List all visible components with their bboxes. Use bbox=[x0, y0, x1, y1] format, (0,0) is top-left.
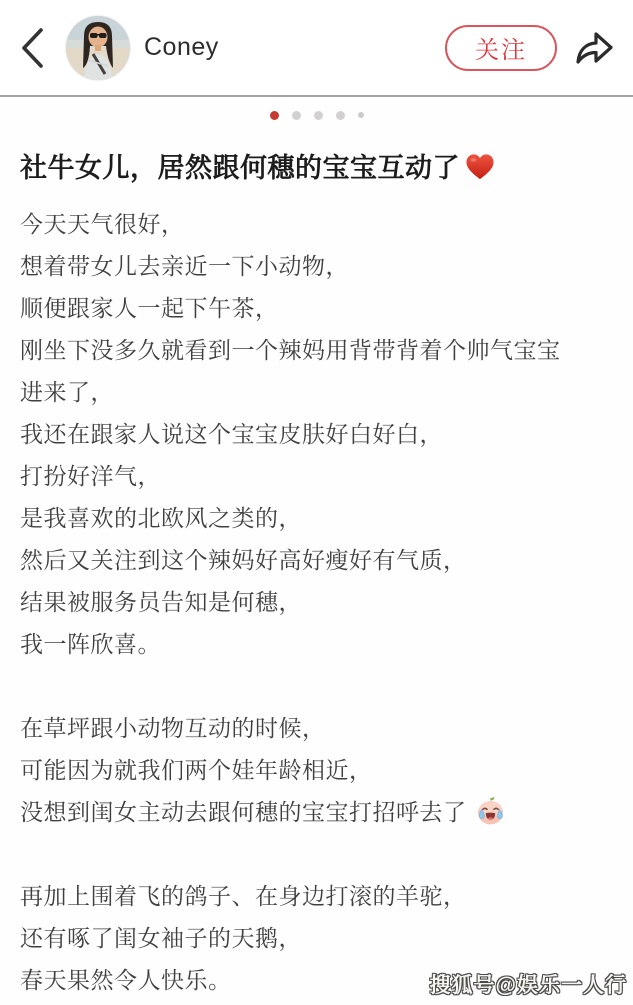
body-line: 我一阵欣喜。 bbox=[20, 623, 613, 665]
body-line: 再加上围着飞的鸽子、在身边打滚的羊驼， bbox=[20, 875, 613, 917]
post-title: 社牛女儿，居然跟何穗的宝宝互动了 bbox=[20, 146, 613, 185]
carousel-dots bbox=[0, 110, 633, 120]
share-arrow-icon bbox=[574, 29, 614, 67]
body-line: 然后又关注到这个辣妈好高好瘦好有气质， bbox=[20, 539, 613, 581]
post-body: 今天天气很好，想着带女儿去亲近一下小动物，顺便跟家人一起下午茶，刚坐下没多久就看… bbox=[20, 203, 613, 1001]
body-line: 可能因为就我们两个娃年龄相近， bbox=[20, 749, 613, 791]
body-line: 进来了， bbox=[20, 371, 613, 413]
post-screen: Coney 关注 社牛女儿，居然跟何穗的宝宝互动了 今天天气很好，想着带女儿 bbox=[0, 0, 633, 1005]
body-line: 在草坪跟小动物互动的时候， bbox=[20, 707, 613, 749]
body-line: 刚坐下没多久就看到一个辣妈用背带背着个帅气宝宝 bbox=[20, 329, 613, 371]
avatar-image bbox=[66, 16, 130, 80]
carousel-dot bbox=[336, 111, 345, 120]
post-content: 社牛女儿，居然跟何穗的宝宝互动了 今天天气很好，想着带女儿去亲近一下小动物，顺便… bbox=[0, 146, 633, 1001]
body-line: 还有啄了闺女袖子的天鹅， bbox=[20, 917, 613, 959]
user-avatar-photo[interactable] bbox=[66, 16, 130, 80]
paragraph: 今天天气很好，想着带女儿去亲近一下小动物，顺便跟家人一起下午茶，刚坐下没多久就看… bbox=[20, 203, 613, 665]
crying-baby-emoji bbox=[475, 796, 506, 827]
back-button[interactable] bbox=[12, 22, 52, 74]
follow-button[interactable]: 关注 bbox=[445, 25, 557, 71]
carousel-dot bbox=[292, 111, 301, 120]
username[interactable]: Coney bbox=[144, 33, 445, 62]
body-line: 我还在跟家人说这个宝宝皮肤好白好白， bbox=[20, 413, 613, 455]
body-line: 结果被服务员告知是何穗， bbox=[20, 581, 613, 623]
carousel-dot bbox=[314, 111, 323, 120]
post-title-text: 社牛女儿，居然跟何穗的宝宝互动了 bbox=[20, 146, 460, 185]
top-bar: Coney 关注 bbox=[0, 0, 633, 97]
carousel-dot bbox=[270, 111, 279, 120]
body-line: 是我喜欢的北欧风之类的， bbox=[20, 497, 613, 539]
body-line: 打扮好洋气， bbox=[20, 455, 613, 497]
red-heart-emoji bbox=[465, 153, 495, 181]
paragraph: 在草坪跟小动物互动的时候，可能因为就我们两个娃年龄相近，没想到闺女主动去跟何穗的… bbox=[20, 707, 613, 833]
body-line: 顺便跟家人一起下午茶， bbox=[20, 287, 613, 329]
body-line: 没想到闺女主动去跟何穗的宝宝打招呼去了 bbox=[20, 791, 613, 833]
back-chevron-icon bbox=[19, 27, 45, 69]
body-line: 今天天气很好， bbox=[20, 203, 613, 245]
body-line: 想着带女儿去亲近一下小动物， bbox=[20, 245, 613, 287]
carousel-dot bbox=[358, 112, 364, 118]
share-button[interactable] bbox=[571, 23, 617, 73]
watermark: 搜狐号@娱乐一人行 bbox=[430, 969, 627, 999]
